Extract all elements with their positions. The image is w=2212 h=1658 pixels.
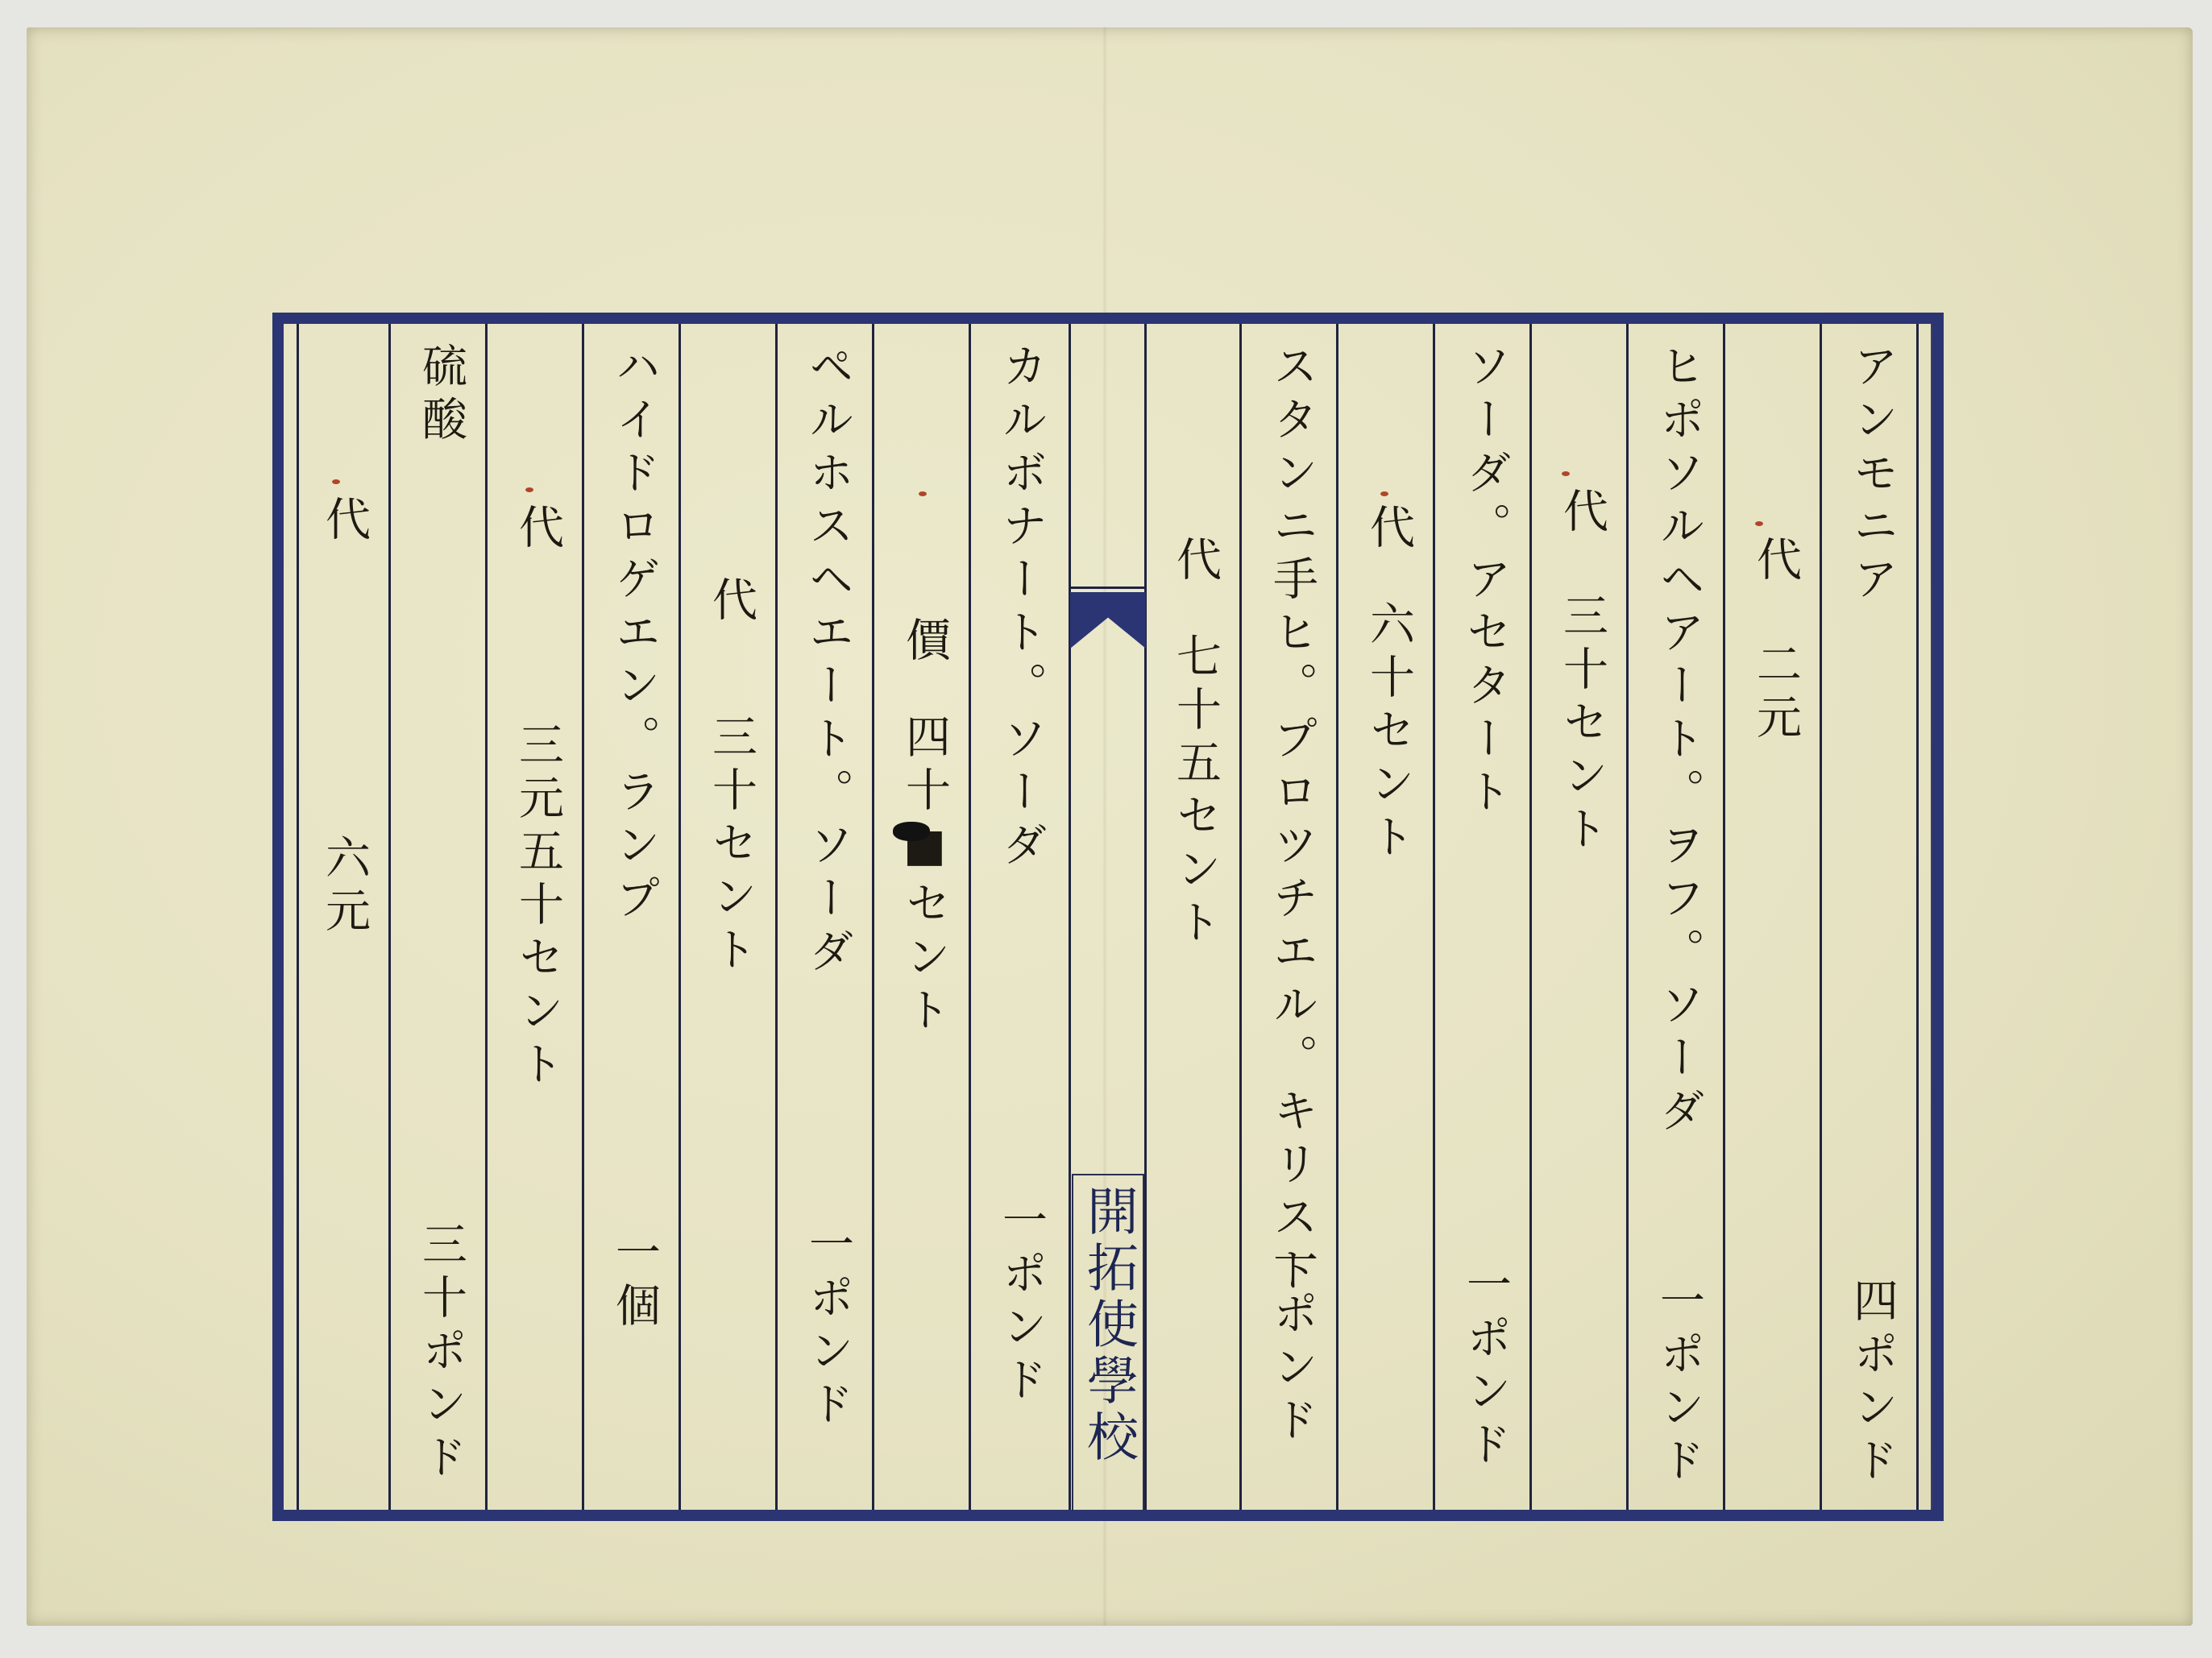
column-rule [1916, 324, 1919, 1510]
entry-quantity: 一ポンド [977, 1196, 1065, 1409]
fishtail-top-rule [1070, 587, 1146, 589]
entry-price-column: 代 三十セント [687, 334, 775, 1503]
entry-quantity: 一ポンド [1247, 1237, 1336, 1449]
price-prefix: 代 [687, 576, 775, 629]
entry-price: 三十セント [1538, 592, 1626, 858]
column-rule [388, 324, 391, 1510]
entry-name: ペルホスヘエート。ソーダ [783, 342, 872, 980]
entry-price-column: 價 四十■セント [880, 334, 969, 1503]
entry-name-column: 硫酸 三十ポンド [396, 334, 485, 1503]
entry-price-column: 代 六元 [300, 334, 388, 1503]
price-prefix: 代 [300, 495, 388, 549]
column-rule [775, 324, 778, 1510]
entry-price: 四十■セント [880, 713, 969, 1039]
column-rule [1723, 324, 1725, 1510]
entry-name: ソーダ。アセタート [1441, 342, 1529, 821]
red-check-mark-icon [919, 491, 927, 496]
entry-price: 三元五十セント [493, 721, 582, 1093]
red-check-mark-icon [1380, 491, 1388, 496]
column-rule [1820, 324, 1822, 1510]
entry-price-column: 代 三元五十セント [493, 334, 582, 1503]
entry-price: 六十セント [1344, 600, 1433, 866]
entry-name: ヒポソルヘアート。ヲフ。ソーダ [1634, 342, 1723, 1140]
entry-price-column: 代 七十五セント [1151, 334, 1239, 1503]
entry-quantity-column: 四ポンド [1828, 334, 1916, 1503]
entry-quantity: 三十ポンド [396, 1221, 485, 1486]
price-prefix: 代 [493, 504, 582, 557]
entry-name-column: ハイドロゲエン。ランプ 一個 [590, 334, 679, 1503]
price-prefix: 價 [880, 616, 969, 669]
entry-price: 六元 [300, 834, 388, 940]
column-rule [969, 324, 971, 1510]
column-rule [582, 324, 584, 1510]
entry-name: 硫酸 [396, 342, 485, 449]
entry-name-column: ソーダ。アセタート 一ポンド [1441, 334, 1529, 1503]
entry-price: 二元 [1731, 640, 1820, 747]
column-rule [1626, 324, 1629, 1510]
entry-price: 三十セント [687, 713, 775, 979]
red-check-mark-icon [1755, 521, 1763, 526]
entry-name: スタンニ手ヒ。プロツチエル。キリスト [1247, 342, 1336, 1299]
entry-name-column: ペルホスヘエート。ソーダ 一ポンド [783, 334, 872, 1503]
column-rule [1239, 324, 1242, 1510]
red-check-mark-icon [332, 479, 340, 484]
price-prefix: 代 [1151, 536, 1239, 589]
column-rule [485, 324, 488, 1510]
entry-name-column: スタンニ手ヒ。プロツチエル。キリスト 一ポンド [1247, 334, 1336, 1503]
entry-name: ハイドロゲエン。ランプ [590, 342, 679, 927]
entry-price-column: 代 二元 [1731, 334, 1820, 1503]
column-rule [1529, 324, 1532, 1510]
price-prefix: 代 [1344, 504, 1433, 557]
column-rule [1433, 324, 1435, 1510]
price-prefix: 代 [1538, 487, 1626, 541]
column-rule [297, 324, 299, 1510]
entry-quantity: 一ポンド [1634, 1277, 1723, 1490]
entry-quantity: 一ポンド [783, 1221, 872, 1433]
entry-quantity: 一個 [590, 1229, 679, 1335]
entry-quantity: 一ポンド [1441, 1261, 1529, 1474]
entry-price-column: 代 六十セント [1344, 334, 1433, 1503]
fold-right-rule [1144, 324, 1147, 1510]
school-label: 開拓使學校 [1072, 1184, 1144, 1466]
entry-quantity: 四ポンド [1828, 1277, 1916, 1490]
red-check-mark-icon [525, 487, 533, 492]
ink-blot [893, 822, 930, 841]
column-rule [679, 324, 681, 1510]
column-rule [1336, 324, 1338, 1510]
price-prefix: 代 [1731, 536, 1820, 589]
fold-left-rule [1069, 324, 1071, 1510]
entry-price-column: 代 三十セント [1538, 334, 1626, 1503]
entry-name-column: カルボナート。ソーダ 一ポンド [977, 334, 1065, 1503]
entry-name-column: ヒポソルヘアート。ヲフ。ソーダ 一ポンド [1634, 334, 1723, 1503]
red-check-mark-icon [1562, 471, 1570, 476]
entry-name: カルボナート。ソーダ [977, 342, 1065, 874]
entry-price: 七十五セント [1151, 632, 1239, 951]
column-rule [872, 324, 874, 1510]
